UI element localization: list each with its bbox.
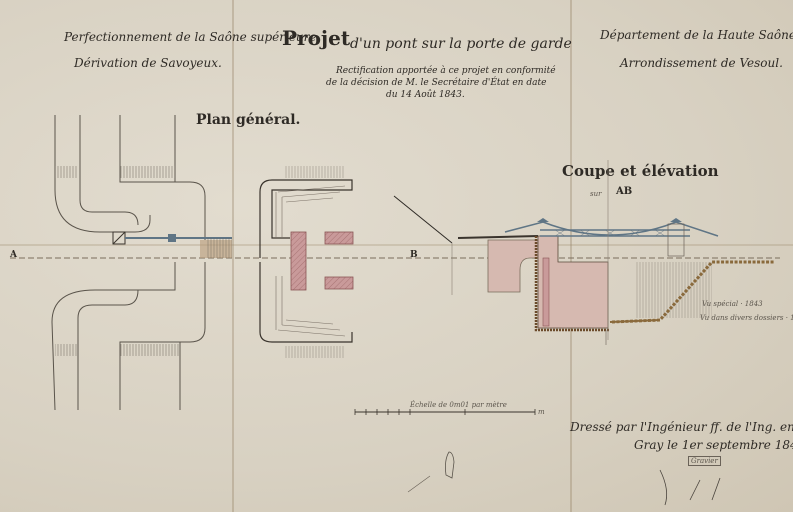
signature-line1: Dressé par l'Ingénieur ff. de l'Ing. en … (570, 420, 793, 434)
signature-line2: Gray le 1er septembre 1843. (634, 438, 793, 452)
pencil-note-1: Vu spécial · 1843 (702, 300, 763, 308)
pencil-note-2: Vu dans divers dossiers · 1843 (700, 314, 793, 322)
technical-drawing (0, 0, 793, 512)
drawing-sheet: Perfectionnement de la Saône supérieure … (0, 0, 793, 512)
scale-label: Échelle de 0m01 par mètre (410, 401, 507, 409)
scale-end-unit: m (538, 408, 545, 416)
signature-stamp: Gravier (688, 456, 721, 466)
